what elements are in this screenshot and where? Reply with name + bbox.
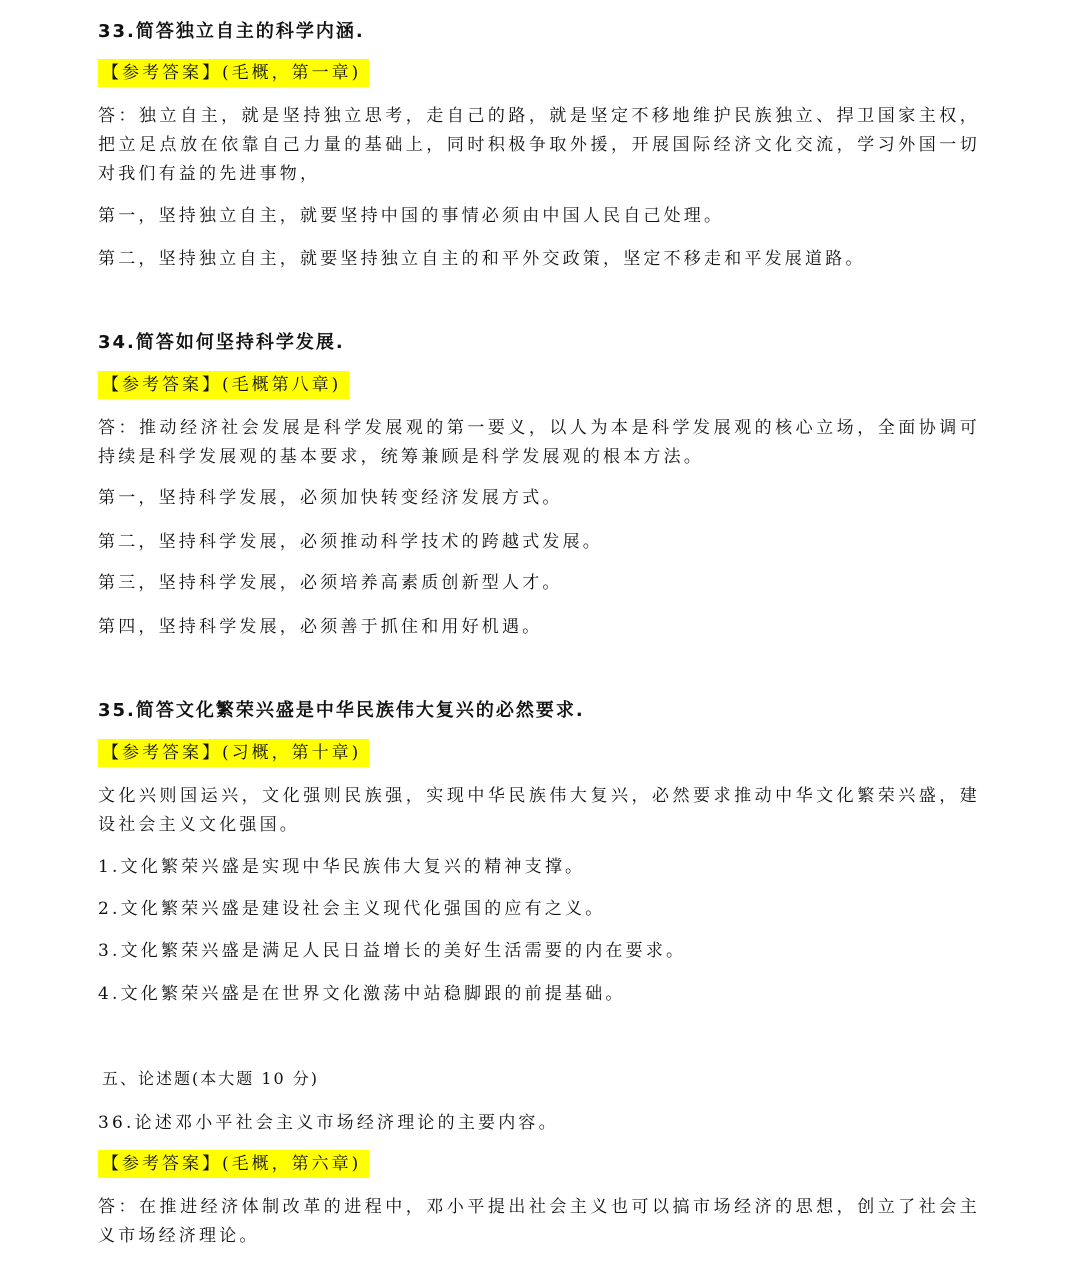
- question-33-answer: 答：独立自主，就是坚持独立思考，走自己的路，就是坚定不移地维护民族独立、捍卫国家…: [98, 102, 980, 189]
- question-36-reference: 【参考答案】(毛概，第六章): [98, 1150, 369, 1178]
- question-33-reference: 【参考答案】(毛概，第一章): [98, 59, 369, 87]
- question-34-point-2: 第二，坚持科学发展，必须推动科学技术的跨越式发展。: [98, 530, 603, 554]
- question-34-point-1: 第一，坚持科学发展，必须加快转变经济发展方式。: [98, 486, 563, 510]
- question-34-point-4: 第四，坚持科学发展，必须善于抓住和用好机遇。: [98, 615, 542, 639]
- question-35-point-3: 3.文化繁荣兴盛是满足人民日益增长的美好生活需要的内在要求。: [98, 939, 686, 963]
- question-34-reference: 【参考答案】(毛概第八章): [98, 371, 349, 399]
- question-36-answer: 答：在推进经济体制改革的进程中，邓小平提出社会主义也可以搞市场经济的思想，创立了…: [98, 1193, 980, 1251]
- question-33-point-2: 第二，坚持独立自主，就要坚持独立自主的和平外交政策，坚定不移走和平发展道路。: [98, 247, 866, 271]
- question-34-title: 34.简答如何坚持科学发展.: [98, 331, 345, 355]
- question-33-title: 33.简答独立自主的科学内涵.: [98, 20, 365, 44]
- question-35-title: 35.简答文化繁荣兴盛是中华民族伟大复兴的必然要求.: [98, 699, 585, 723]
- question-34-point-3: 第三，坚持科学发展，必须培养高素质创新型人才。: [98, 571, 563, 595]
- question-35-point-2: 2.文化繁荣兴盛是建设社会主义现代化强国的应有之义。: [98, 897, 605, 921]
- question-35-point-1: 1.文化繁荣兴盛是实现中华民族伟大复兴的精神支撑。: [98, 855, 585, 879]
- section-title: 五、论述题(本大题 10 分): [102, 1067, 319, 1091]
- question-35-answer: 文化兴则国运兴，文化强则民族强，实现中华民族伟大复兴，必然要求推动中华文化繁荣兴…: [98, 782, 980, 840]
- question-36-title: 36.论述邓小平社会主义市场经济理论的主要内容。: [98, 1111, 559, 1135]
- question-33-point-1: 第一，坚持独立自主，就要坚持中国的事情必须由中国人民自己处理。: [98, 204, 724, 228]
- question-35-reference: 【参考答案】(习概，第十章): [98, 739, 369, 767]
- question-34-answer: 答：推动经济社会发展是科学发展观的第一要义，以人为本是科学发展观的核心立场，全面…: [98, 414, 980, 472]
- question-35-point-4: 4.文化繁荣兴盛是在世界文化激荡中站稳脚跟的前提基础。: [98, 982, 626, 1006]
